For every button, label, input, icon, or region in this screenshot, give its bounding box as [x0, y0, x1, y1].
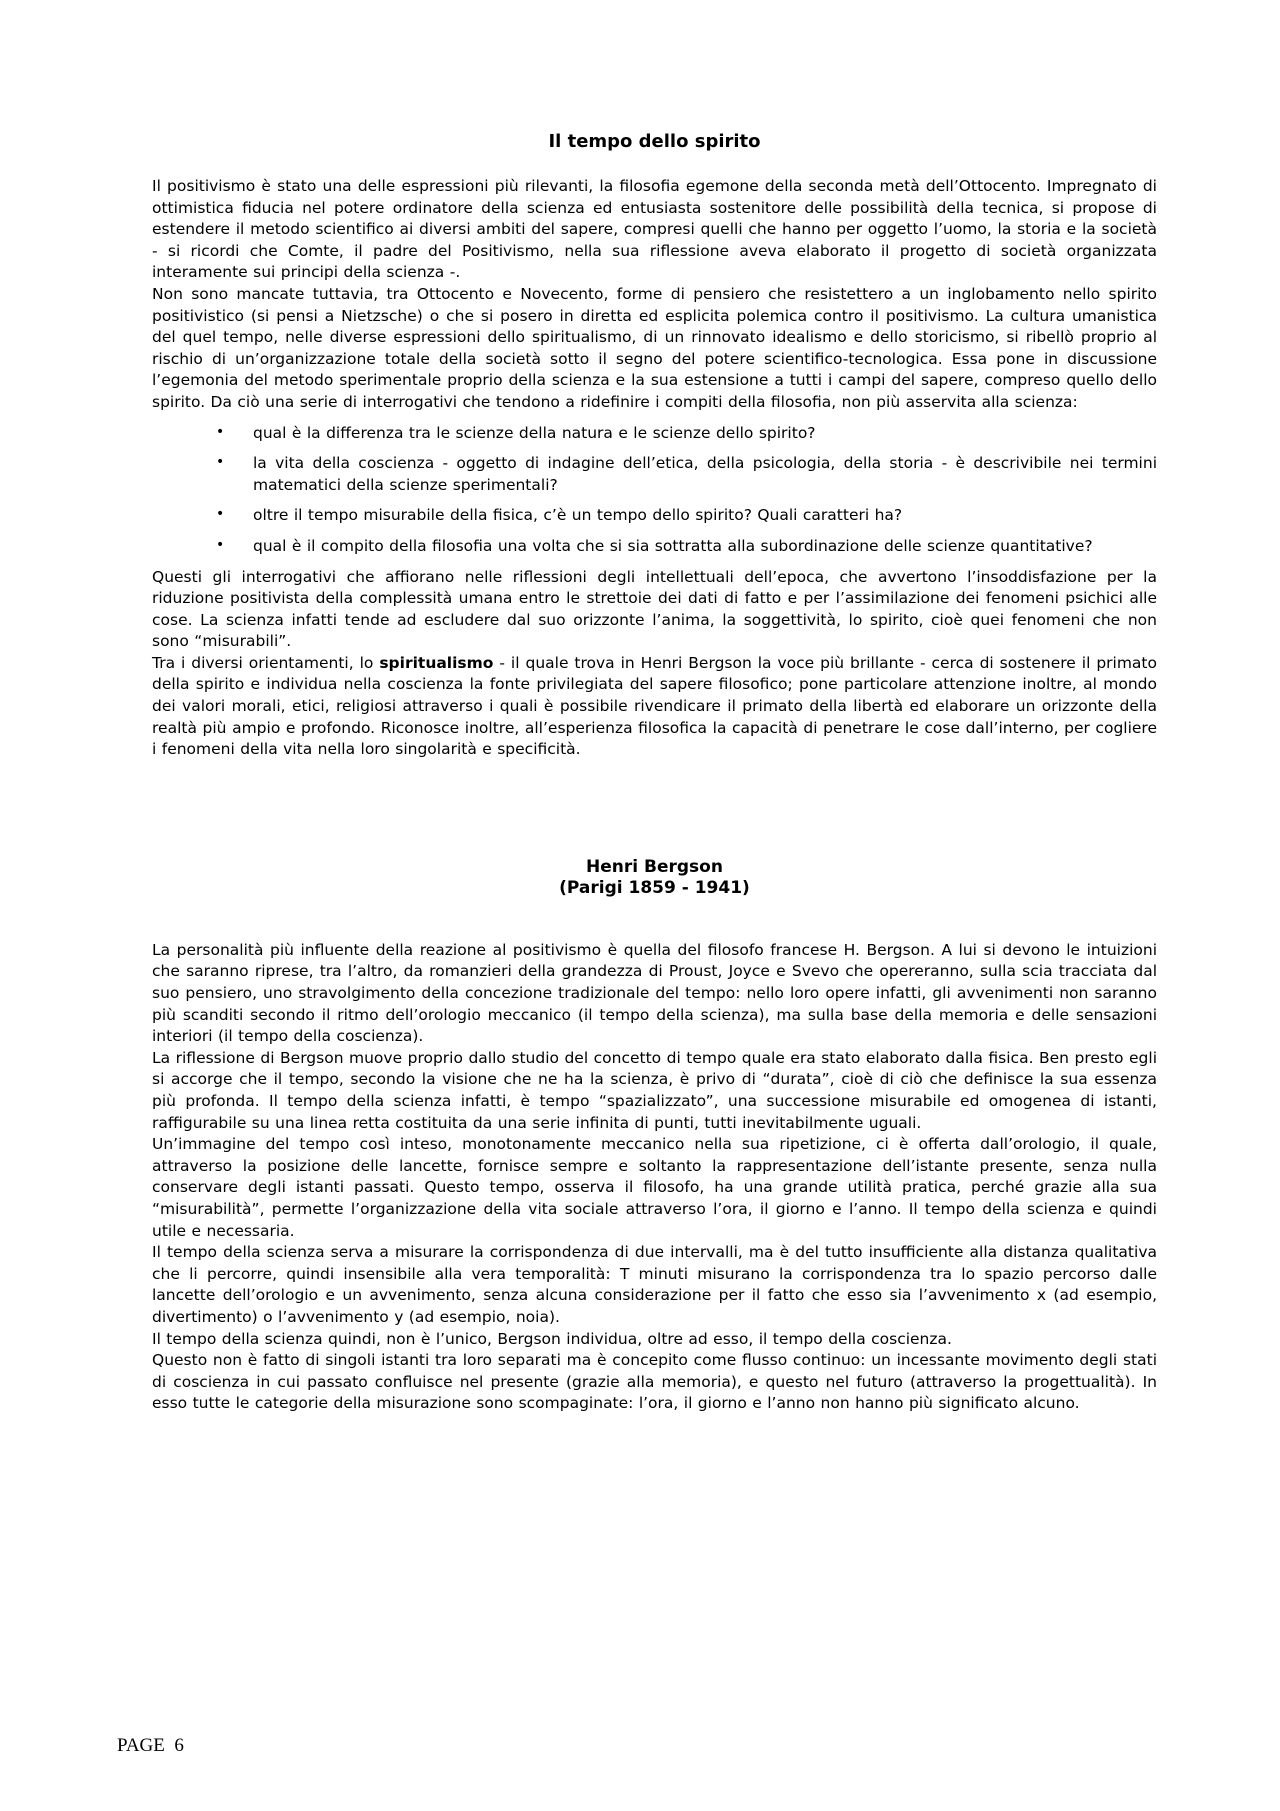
paragraph-spiritualismo: Tra i diversi orientamenti, lo spiritual…	[152, 653, 1157, 761]
bullet-icon: •	[216, 504, 224, 526]
page-footer: PAGE 6	[117, 1735, 184, 1757]
bullet-icon: •	[216, 452, 224, 474]
paragraph-text: Tra i diversi orientamenti, lo	[152, 654, 379, 672]
list-item: • qual è la differenza tra le scienze de…	[152, 423, 1157, 445]
spacer	[152, 899, 1157, 940]
list-item: • qual è il compito della filosofia una …	[152, 536, 1157, 558]
paragraph-tempo-scienza: Il tempo della scienza serva a misurare …	[152, 1242, 1157, 1328]
bold-keyword: spiritualismo	[379, 654, 493, 672]
document-page: Il tempo dello spirito Il positivismo è …	[0, 0, 1280, 1811]
paragraph-riflessione: La riflessione di Bergson muove proprio …	[152, 1048, 1157, 1134]
paragraph-tempo-coscienza: Il tempo della scienza quindi, non è l’u…	[152, 1329, 1157, 1351]
list-item-text: la vita della coscienza - oggetto di ind…	[253, 454, 1157, 494]
paragraph-flusso-continuo: Questo non è fatto di singoli istanti tr…	[152, 1350, 1157, 1415]
section-heading-name: Henri Bergson	[152, 857, 1157, 878]
paragraph-personalita: La personalità più influente della reazi…	[152, 940, 1157, 1048]
document-content: Il tempo dello spirito Il positivismo è …	[152, 131, 1157, 1415]
paragraph-immagine-tempo: Un’immagine del tempo così inteso, monot…	[152, 1134, 1157, 1242]
list-item: • la vita della coscienza - oggetto di i…	[152, 453, 1157, 496]
page-title: Il tempo dello spirito	[152, 131, 1157, 153]
bullet-icon: •	[216, 535, 224, 557]
list-item-text: oltre il tempo misurabile della fisica, …	[253, 506, 902, 524]
bullet-list: • qual è la differenza tra le scienze de…	[152, 423, 1157, 558]
paragraph-positivismo: Il positivismo è stato una delle espress…	[152, 176, 1157, 284]
list-item-text: qual è il compito della filosofia una vo…	[253, 537, 1093, 555]
bullet-icon: •	[216, 422, 224, 444]
paragraph-interrogativi: Questi gli interrogativi che affiorano n…	[152, 567, 1157, 653]
list-item-text: qual è la differenza tra le scienze dell…	[253, 424, 816, 442]
list-item: • oltre il tempo misurabile della fisica…	[152, 505, 1157, 527]
paragraph-reazioni: Non sono mancate tuttavia, tra Ottocento…	[152, 284, 1157, 414]
section-heading-dates: (Parigi 1859 - 1941)	[152, 878, 1157, 899]
section-heading: Henri Bergson (Parigi 1859 - 1941)	[152, 857, 1157, 899]
